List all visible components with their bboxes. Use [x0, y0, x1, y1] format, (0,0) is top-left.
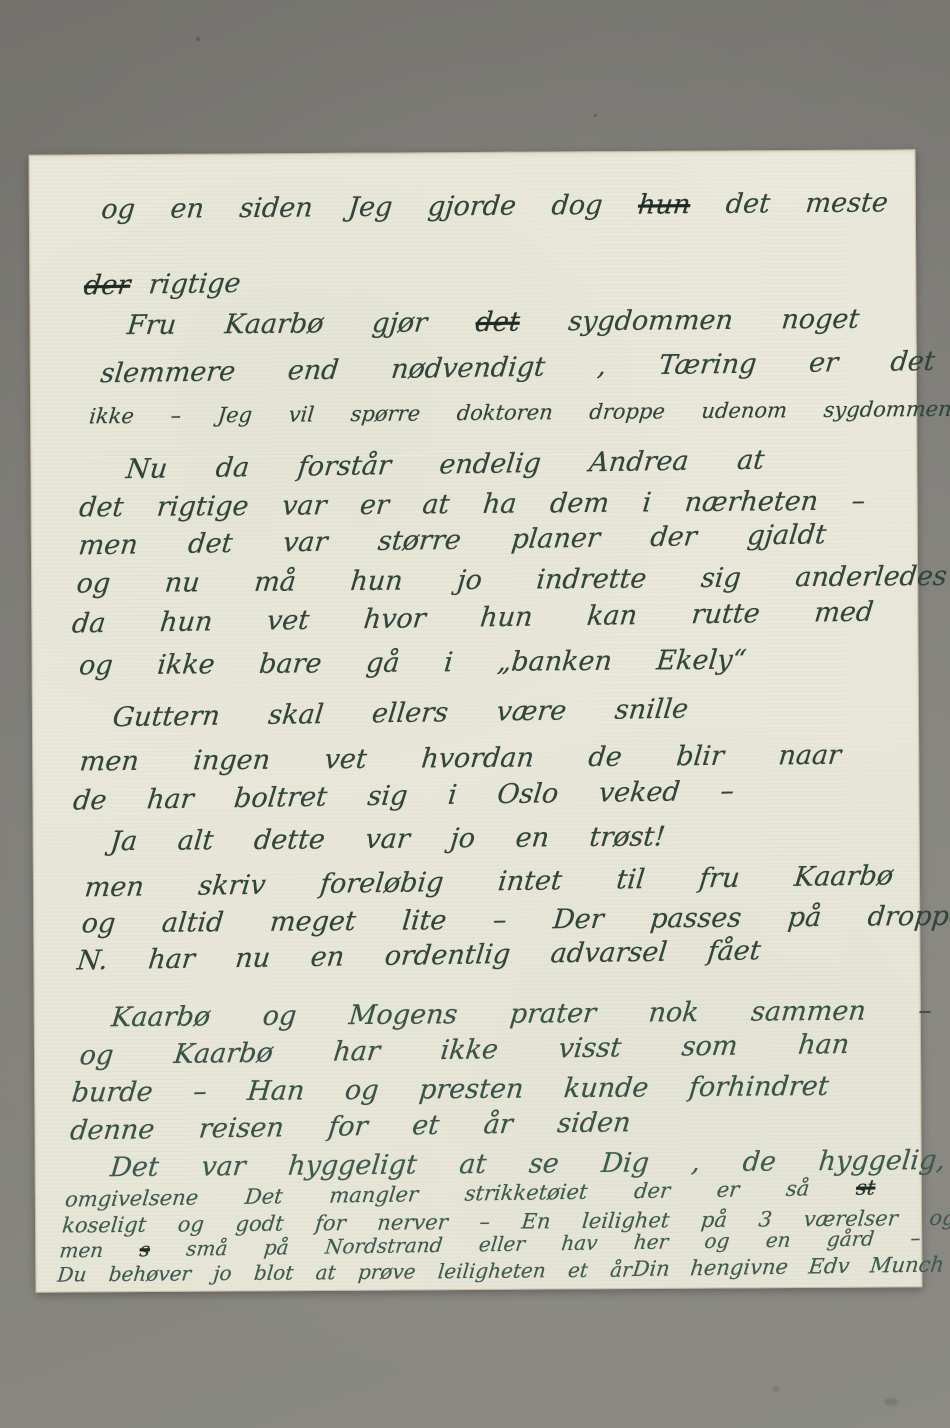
struck-word: det — [474, 307, 521, 338]
handwriting-text: og en siden Jeg gjorde dog — [100, 190, 640, 226]
photo-smudge — [772, 1386, 780, 1392]
handwriting-text: men skriv foreløbig intet til fru Kaarbø — [83, 860, 895, 903]
struck-word: st — [855, 1175, 877, 1199]
handwriting-text: og nu må hun jo indrette sig anderledes — [75, 561, 948, 600]
handwriting-line: Nu da forstår endelig Andrea at — [125, 445, 766, 485]
handwriting-line: men ingen vet hvordan de blir naar — [78, 740, 842, 778]
handwriting-line: ikke – Jeg vil spørre doktoren droppe ud… — [88, 397, 950, 429]
handwriting-line: slemmere end nødvendigt , Tæring er det — [99, 346, 937, 389]
handwriting-text: men ingen vet hvordan de blir naar — [78, 740, 842, 778]
handwriting-text: men — [58, 1237, 141, 1262]
photo-speck — [196, 37, 200, 41]
handwriting-line: og altid meget lite – Der passes på drop… — [80, 901, 950, 940]
handwriting-line: det rigtige var er at ha dem i nærheten … — [78, 486, 867, 524]
handwriting-text: Kaarbø og Mogens prater nok sammen – — [110, 995, 933, 1033]
handwriting-line: og ikke bare gå i „banken Ekely“ — [78, 645, 748, 682]
handwriting-line: N. har nu en ordentlig advarsel fået — [76, 935, 763, 976]
handwriting-text: ikke – Jeg vil spørre doktoren droppe ud… — [88, 397, 950, 429]
handwriting-line: denne reisen for et år siden — [69, 1107, 633, 1146]
handwriting-text: og ikke bare gå i „banken Ekely“ — [78, 645, 748, 682]
handwriting-line: Guttern skal ellers være snille — [111, 694, 690, 734]
handwriting-line: burde – Han og presten kunde forhindret — [70, 1071, 830, 1109]
handwriting-text: burde – Han og presten kunde forhindret — [70, 1071, 830, 1109]
handwriting-line: men skriv foreløbig intet til fru Kaarbø — [83, 860, 895, 903]
handwriting-text: Ja alt dette var jo en trøst! — [109, 821, 667, 857]
handwriting-text: og Kaarbø har ikke visst som han — [78, 1029, 851, 1071]
handwriting-text: det rigtige var er at ha dem i nærheten … — [78, 486, 867, 524]
handwriting-line: Kaarbø og Mogens prater nok sammen – — [110, 995, 933, 1033]
handwriting-line: men det var større planer der gjaldt — [77, 519, 828, 561]
letter-photo: og en siden Jeg gjorde dog hun det meste… — [0, 0, 950, 1428]
handwriting-text: de har boltret sig i Oslo veked – — [72, 776, 736, 817]
handwriting-text: Fru Kaarbø gjør — [126, 307, 477, 341]
handwriting-line: Fru Kaarbø gjør det sygdommen noget — [126, 304, 861, 341]
handwriting-line: og nu må hun jo indrette sig anderledes — [75, 561, 948, 600]
handwriting-line: og Kaarbø har ikke visst som han — [78, 1029, 851, 1071]
handwriting-text: Guttern skal ellers være snille — [111, 694, 690, 734]
handwriting-text: men det var større planer der gjaldt — [77, 519, 828, 561]
handwriting-line: da hun vet hvor hun kan rutte med — [70, 597, 874, 640]
handwriting-text: Nu da forstår endelig Andrea at — [125, 445, 766, 485]
handwriting-line: Ja alt dette var jo en trøst! — [109, 821, 667, 857]
handwriting-line: der rigtige — [82, 268, 242, 301]
struck-word: hun — [637, 189, 692, 220]
photo-smudge — [884, 1398, 898, 1406]
handwriting-line: Du behøver jo blot at prøve leiligheten … — [56, 1258, 633, 1287]
handwriting-text: slemmere end nødvendigt , Tæring er det — [99, 346, 937, 389]
handwriting-text: Du behøver jo blot at prøve leiligheten … — [56, 1258, 633, 1287]
letter-paper: og en siden Jeg gjorde dog hun det meste… — [29, 149, 923, 1292]
signature: Din hengivne Edv Munch — [631, 1252, 945, 1281]
handwriting-line: de har boltret sig i Oslo veked – — [72, 776, 736, 817]
handwriting-text: rigtige — [129, 268, 243, 301]
handwriting-text: det meste — [689, 187, 890, 220]
struck-word: der — [82, 270, 132, 302]
handwriting-text: sygdommen noget — [518, 304, 861, 338]
photo-speck — [594, 114, 597, 117]
handwriting-text: N. har nu en ordentlig advarsel fået — [76, 935, 763, 976]
handwriting-text: og altid meget lite – Der passes på drop… — [80, 901, 950, 940]
handwriting-text: denne reisen for et år siden — [69, 1107, 633, 1146]
handwriting-line: og en siden Jeg gjorde dog hun det meste — [100, 187, 889, 225]
handwriting-text: da hun vet hvor hun kan rutte med — [70, 597, 874, 640]
